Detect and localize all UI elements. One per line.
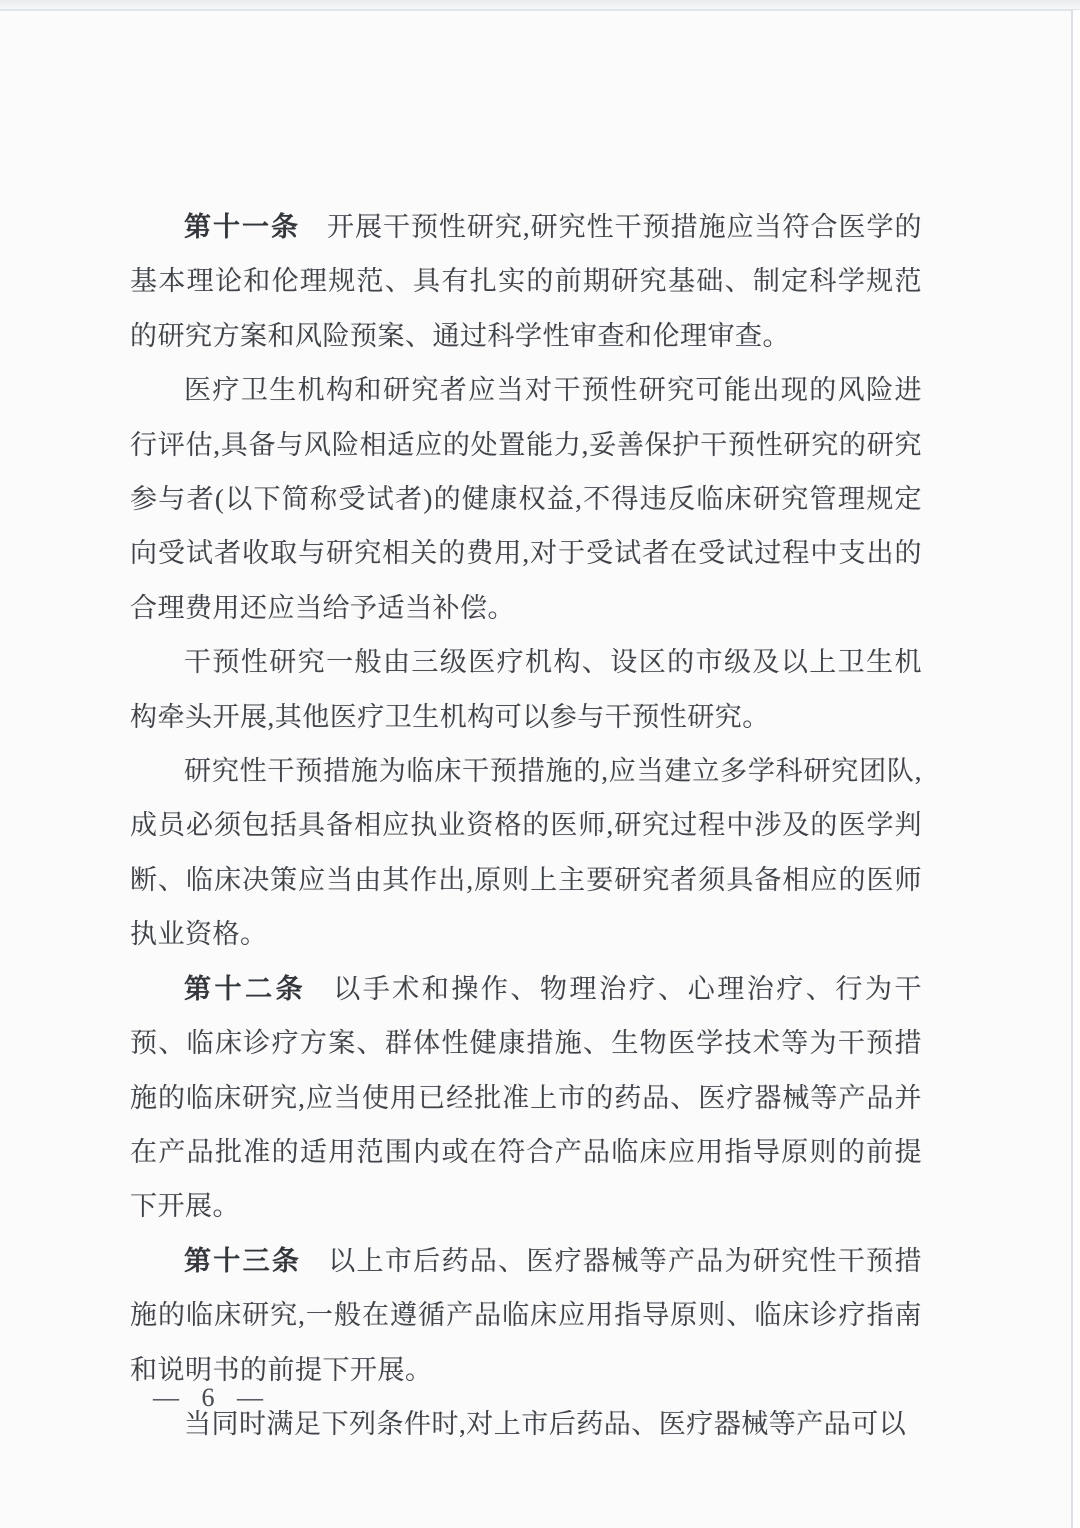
paragraph-text: 以手术和操作、物理治疗、心理治疗、行为干预、临床诊疗方案、群体性健康措施、生物医… bbox=[130, 974, 922, 1222]
paragraph: 研究性干预措施为临床干预措施的,应当建立多学科研究团队,成员必须包括具备相应执业… bbox=[130, 744, 922, 962]
paragraph-text: 研究性干预措施为临床干预措施的,应当建立多学科研究团队,成员必须包括具备相应执业… bbox=[130, 756, 922, 949]
article-number: 第十三条 bbox=[184, 1246, 301, 1276]
article-number: 第十一条 bbox=[184, 212, 300, 242]
paragraph: 第十二条以手术和操作、物理治疗、心理治疗、行为干预、临床诊疗方案、群体性健康措施… bbox=[130, 962, 922, 1234]
paragraph-text: 当同时满足下列条件时,对上市后药品、医疗器械等产品可以 bbox=[184, 1409, 906, 1439]
scan-top-edge-line bbox=[0, 9, 1080, 11]
document-text: 第十一条开展干预性研究,研究性干预措施应当符合医学的基本理论和伦理规范、具有扎实… bbox=[130, 200, 922, 1451]
paragraph-text: 医疗卫生机构和研究者应当对干预性研究可能出现的风险进行评估,具备与风险相适应的处… bbox=[130, 375, 922, 623]
paragraph: 第十三条以上市后药品、医疗器械等产品为研究性干预措施的临床研究,一般在遵循产品临… bbox=[130, 1234, 922, 1397]
paragraph: 干预性研究一般由三级医疗机构、设区的市级及以上卫生机构牵头开展,其他医疗卫生机构… bbox=[130, 635, 922, 744]
paragraph: 第十一条开展干预性研究,研究性干预措施应当符合医学的基本理论和伦理规范、具有扎实… bbox=[130, 200, 922, 363]
article-number: 第十二条 bbox=[184, 974, 306, 1004]
scan-right-edge-line bbox=[1071, 10, 1073, 1528]
scanned-document-page: { "page": { "number_label": "— 6 —", "pa… bbox=[0, 0, 1080, 1528]
page-number: — 6 — bbox=[153, 1378, 264, 1418]
paragraph: 医疗卫生机构和研究者应当对干预性研究可能出现的风险进行评估,具备与风险相适应的处… bbox=[130, 363, 922, 635]
paragraph-text: 干预性研究一般由三级医疗机构、设区的市级及以上卫生机构牵头开展,其他医疗卫生机构… bbox=[130, 647, 922, 731]
scan-top-edge-shadow bbox=[0, 0, 1080, 9]
scan-right-margin bbox=[1073, 10, 1080, 1528]
